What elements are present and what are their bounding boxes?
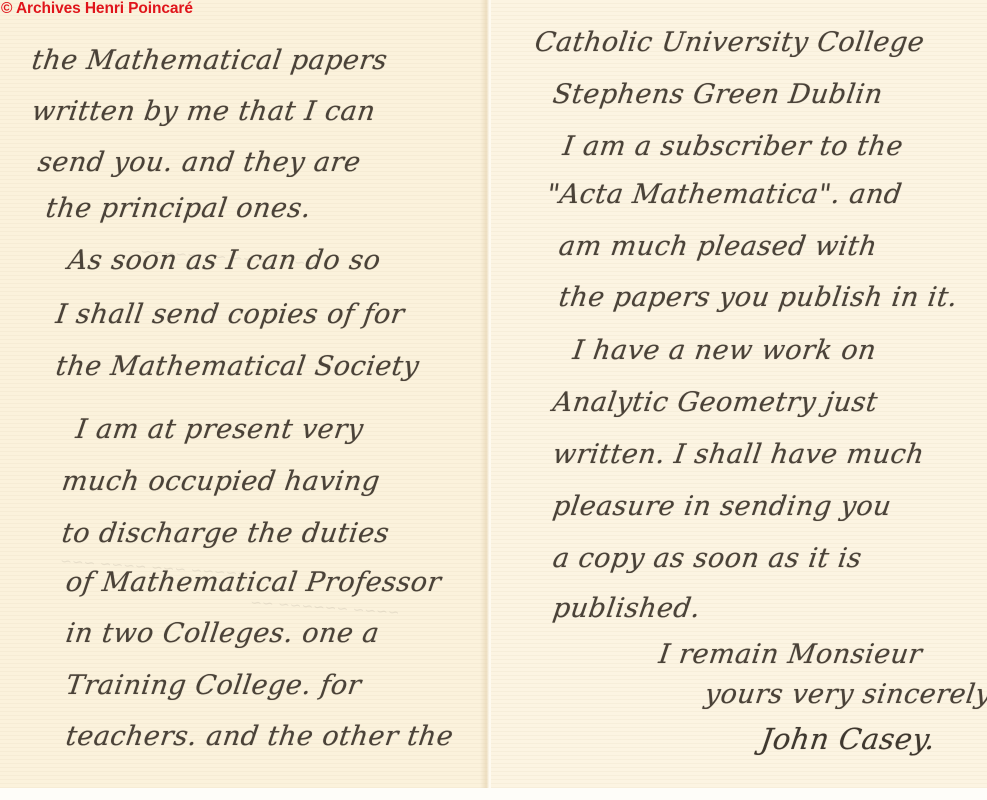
letter-line: the Mathematical papers — [30, 46, 390, 76]
letter-line: Stephens Green Dublin — [551, 80, 885, 110]
letter-scan: ~~~ ~~~~ ~~ ~~~~~ ~~~~~ ~~~ ~~~~ ~~~ ~~~… — [0, 0, 987, 800]
letter-line: send you. and they are — [36, 148, 363, 178]
letter-line: Analytic Geometry just — [551, 388, 880, 418]
letter-line: teachers. and the other the — [64, 722, 455, 752]
letter-line: written. I shall have much — [551, 440, 926, 470]
letter-line: I shall send copies of for — [54, 300, 406, 330]
letter-line: much occupied having — [60, 467, 382, 497]
letter-line: I am at present very — [74, 415, 365, 445]
letter-line: the Mathematical Society — [54, 352, 421, 382]
signature: John Casey. — [759, 724, 938, 754]
letter-line: pleasure in sending you — [551, 492, 893, 522]
letter-line: of Mathematical Professor — [64, 568, 443, 598]
right-page: Catholic University College Stephens Gre… — [491, 0, 987, 790]
letter-line: a copy as soon as it is — [551, 544, 864, 574]
letter-line: I am a subscriber to the — [561, 132, 905, 162]
letter-line: Training College. for — [64, 671, 363, 701]
letter-line: published. — [551, 594, 703, 624]
letter-line: in two Colleges. one a — [64, 619, 381, 649]
letter-line: the papers you publish in it. — [557, 283, 960, 313]
closing-line: I remain Monsieur — [657, 640, 924, 670]
letter-line: am much pleased with — [557, 232, 879, 262]
letter-line: "Acta Mathematica". and — [545, 180, 904, 210]
letter-line: As soon as I can do so — [66, 246, 383, 276]
letter-line: Catholic University College — [533, 28, 926, 58]
letter-line: written by me that I can — [30, 97, 377, 127]
scan-bottom-edge — [0, 788, 987, 800]
letter-line: the principal ones. — [44, 194, 313, 224]
left-page: ~~~ ~~~~ ~~ ~~~~~ ~~~~~ ~~~ ~~~~ ~~~ ~~~… — [0, 0, 488, 790]
closing-line: yours very sincerely — [703, 680, 987, 710]
copyright-watermark: © Archives Henri Poincaré — [1, 0, 193, 18]
letter-line: to discharge the duties — [60, 519, 391, 549]
letter-line: I have a new work on — [571, 336, 878, 366]
